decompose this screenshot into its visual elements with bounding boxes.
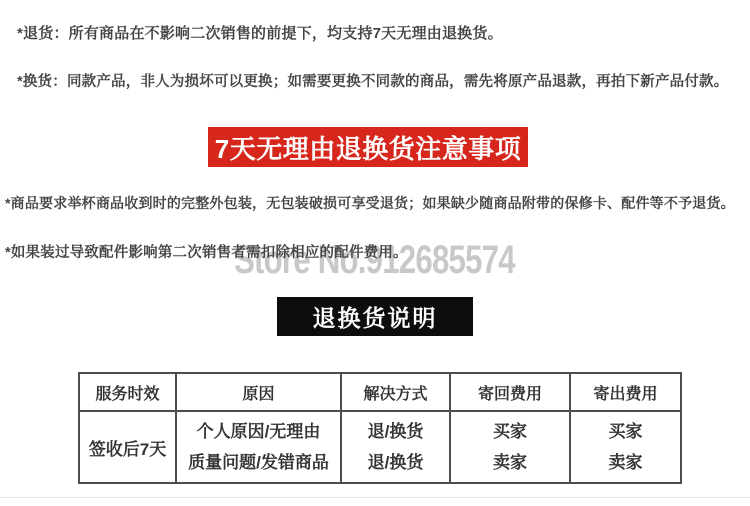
explain-banner: 退换货说明 [277,297,473,336]
col-header-reason: 原因 [176,373,341,411]
cell-service-time: 签收后7天 [79,411,176,483]
solution-line-2: 退/换货 [342,447,449,478]
policy-table: 服务时效 原因 解决方式 寄回费用 寄出费用 签收后7天 个人原因/无理由 质量… [78,372,682,484]
cell-return-fee: 买家 卖家 [450,411,570,483]
return-fee-line-1: 买家 [451,416,569,447]
col-header-service-time: 服务时效 [79,373,176,411]
col-header-return-fee: 寄回费用 [450,373,570,411]
reason-line-personal: 个人原因/无理由 [177,416,340,447]
accessory-note: *如果装过导致配件影响第二次销售者需扣除相应的配件费用。 [5,241,408,262]
cell-solution: 退/换货 退/换货 [341,411,450,483]
ship-fee-line-2: 卖家 [571,447,680,478]
return-policy-page: *退货：所有商品在不影响二次销售的前提下，均支持7天无理由退换货。 *换货：同款… [0,0,750,506]
cell-reason: 个人原因/无理由 质量问题/发错商品 [176,411,341,483]
exchange-policy-line: *换货：同款产品，非人为损坏可以更换；如需要更换不同款的商品，需先将原产品退款，… [17,70,728,91]
return-fee-line-2: 卖家 [451,447,569,478]
return-policy-table: 服务时效 原因 解决方式 寄回费用 寄出费用 签收后7天 个人原因/无理由 质量… [78,372,682,484]
col-header-solution: 解决方式 [341,373,450,411]
packaging-note: *商品要求举杯商品收到时的完整外包装，无包装破损可享受退货；如果缺少随商品附带的… [5,193,735,213]
ship-fee-line-1: 买家 [571,416,680,447]
reason-line-quality: 质量问题/发错商品 [177,447,340,478]
cell-ship-fee: 买家 卖家 [570,411,681,483]
bottom-divider [0,497,750,498]
table-body-row: 签收后7天 个人原因/无理由 质量问题/发错商品 退/换货 退/换货 买家 卖家 [79,411,681,483]
return-policy-line: *退货：所有商品在不影响二次销售的前提下，均支持7天无理由退换货。 [17,22,503,43]
col-header-ship-fee: 寄出费用 [570,373,681,411]
solution-line-1: 退/换货 [342,416,449,447]
table-header-row: 服务时效 原因 解决方式 寄回费用 寄出费用 [79,373,681,411]
notice-banner: 7天无理由退换货注意事项 [208,127,528,167]
